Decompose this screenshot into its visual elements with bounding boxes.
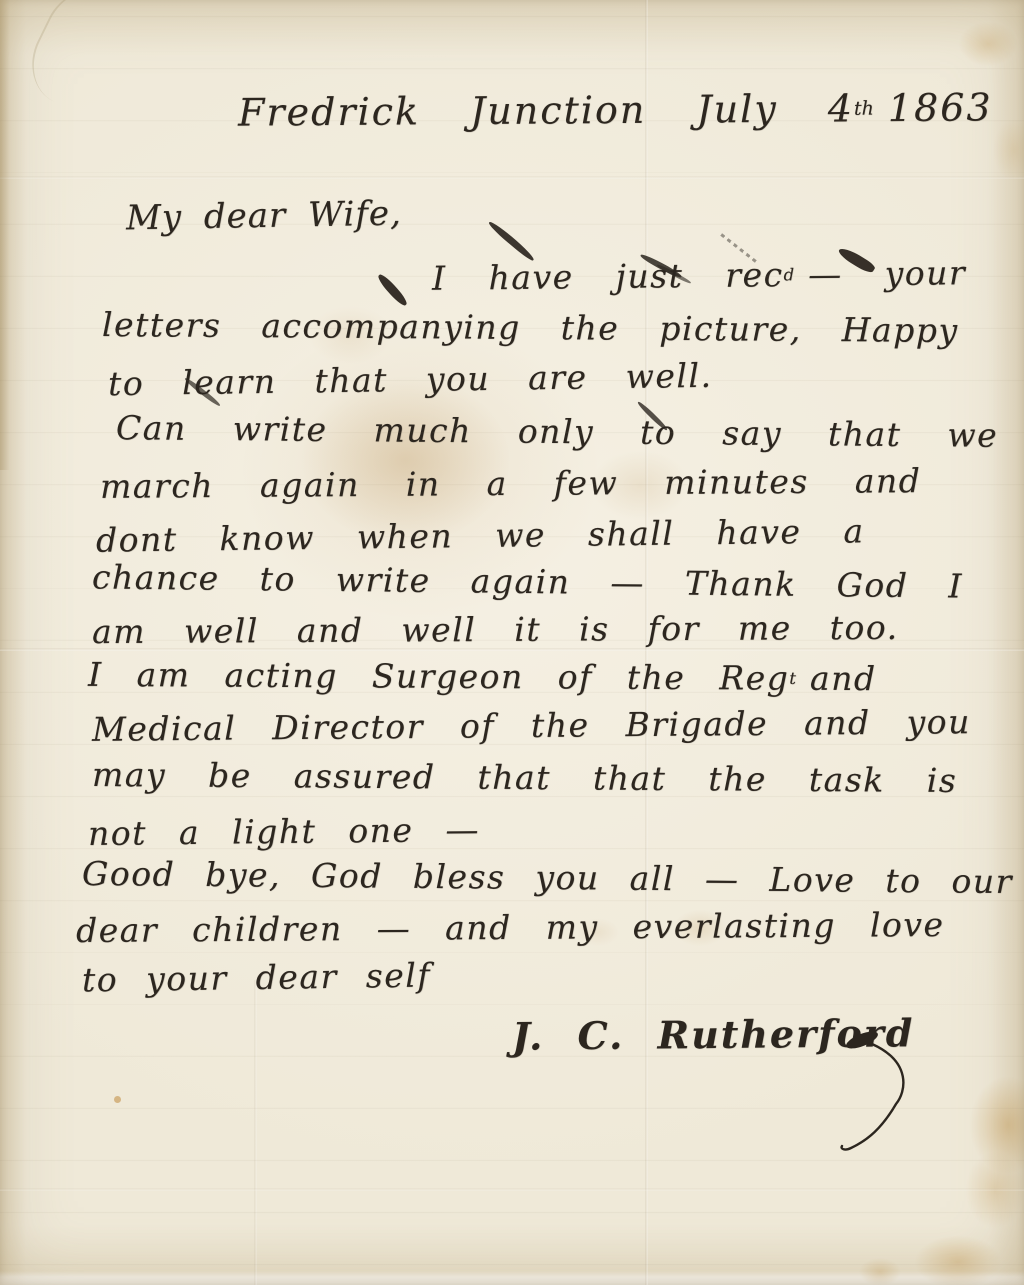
- letter-line: letters accompanying the picture, Happy: [102, 305, 959, 350]
- torn-paper-edge: [0, 0, 10, 470]
- letter-line: Can write much only to say that we: [116, 408, 998, 455]
- signature: J. C. Rutherford: [512, 1010, 915, 1059]
- letter-line: am well and well it is for me too.: [92, 608, 899, 651]
- letter-line: dont know when we shall have a: [96, 511, 865, 559]
- letter-line: dear children — and my everlasting love: [76, 905, 945, 950]
- letter-line: Medical Director of the Brigade and you: [92, 702, 971, 749]
- letter-line: not a light one —: [88, 810, 480, 853]
- letter-line-opening: I have just recd— your: [432, 253, 967, 298]
- fold-crease-vertical: [254, 980, 257, 1285]
- opening-superscript: d: [783, 265, 794, 284]
- letter-line: may be assured that that the task is: [92, 755, 957, 800]
- fold-crease-horizontal: [0, 1188, 1024, 1191]
- opening-text: I have just rec: [432, 255, 784, 298]
- torn-paper-corner: [17, 0, 161, 128]
- letter-line: chance to write again — Thank God I: [92, 557, 963, 605]
- regiment-superscript: t: [789, 669, 796, 688]
- letter-line: to your dear self: [82, 956, 431, 1000]
- ink-blot: [487, 220, 536, 263]
- letter-line: march again in a few minutes and: [100, 461, 922, 506]
- dateline: Fredrick Junction July 4th1863: [238, 85, 993, 134]
- letter-line-regiment: I am acting Surgeon of the Regtand: [88, 655, 877, 698]
- dateline-place-day: Fredrick Junction July 4: [238, 86, 854, 134]
- paper-sheet: Fredrick Junction July 4th1863 My dear W…: [0, 0, 1024, 1285]
- regiment-rest: and: [810, 659, 877, 698]
- small-stain-dot: [114, 1096, 121, 1103]
- regiment-text: I am acting Surgeon of the Reg: [88, 655, 790, 698]
- ink-blot: [376, 272, 409, 308]
- fold-crease-horizontal: [0, 176, 1024, 179]
- letter-line: Good bye, God bless you all — Love to ou…: [82, 854, 1013, 901]
- dateline-ordinal: th: [854, 98, 874, 120]
- letter-line: to learn that you are well.: [108, 356, 713, 403]
- opening-rest: — your: [808, 253, 966, 294]
- dateline-year: 1863: [888, 85, 993, 130]
- salutation: My dear Wife,: [126, 194, 402, 239]
- letter-scan: Fredrick Junction July 4th1863 My dear W…: [0, 0, 1024, 1285]
